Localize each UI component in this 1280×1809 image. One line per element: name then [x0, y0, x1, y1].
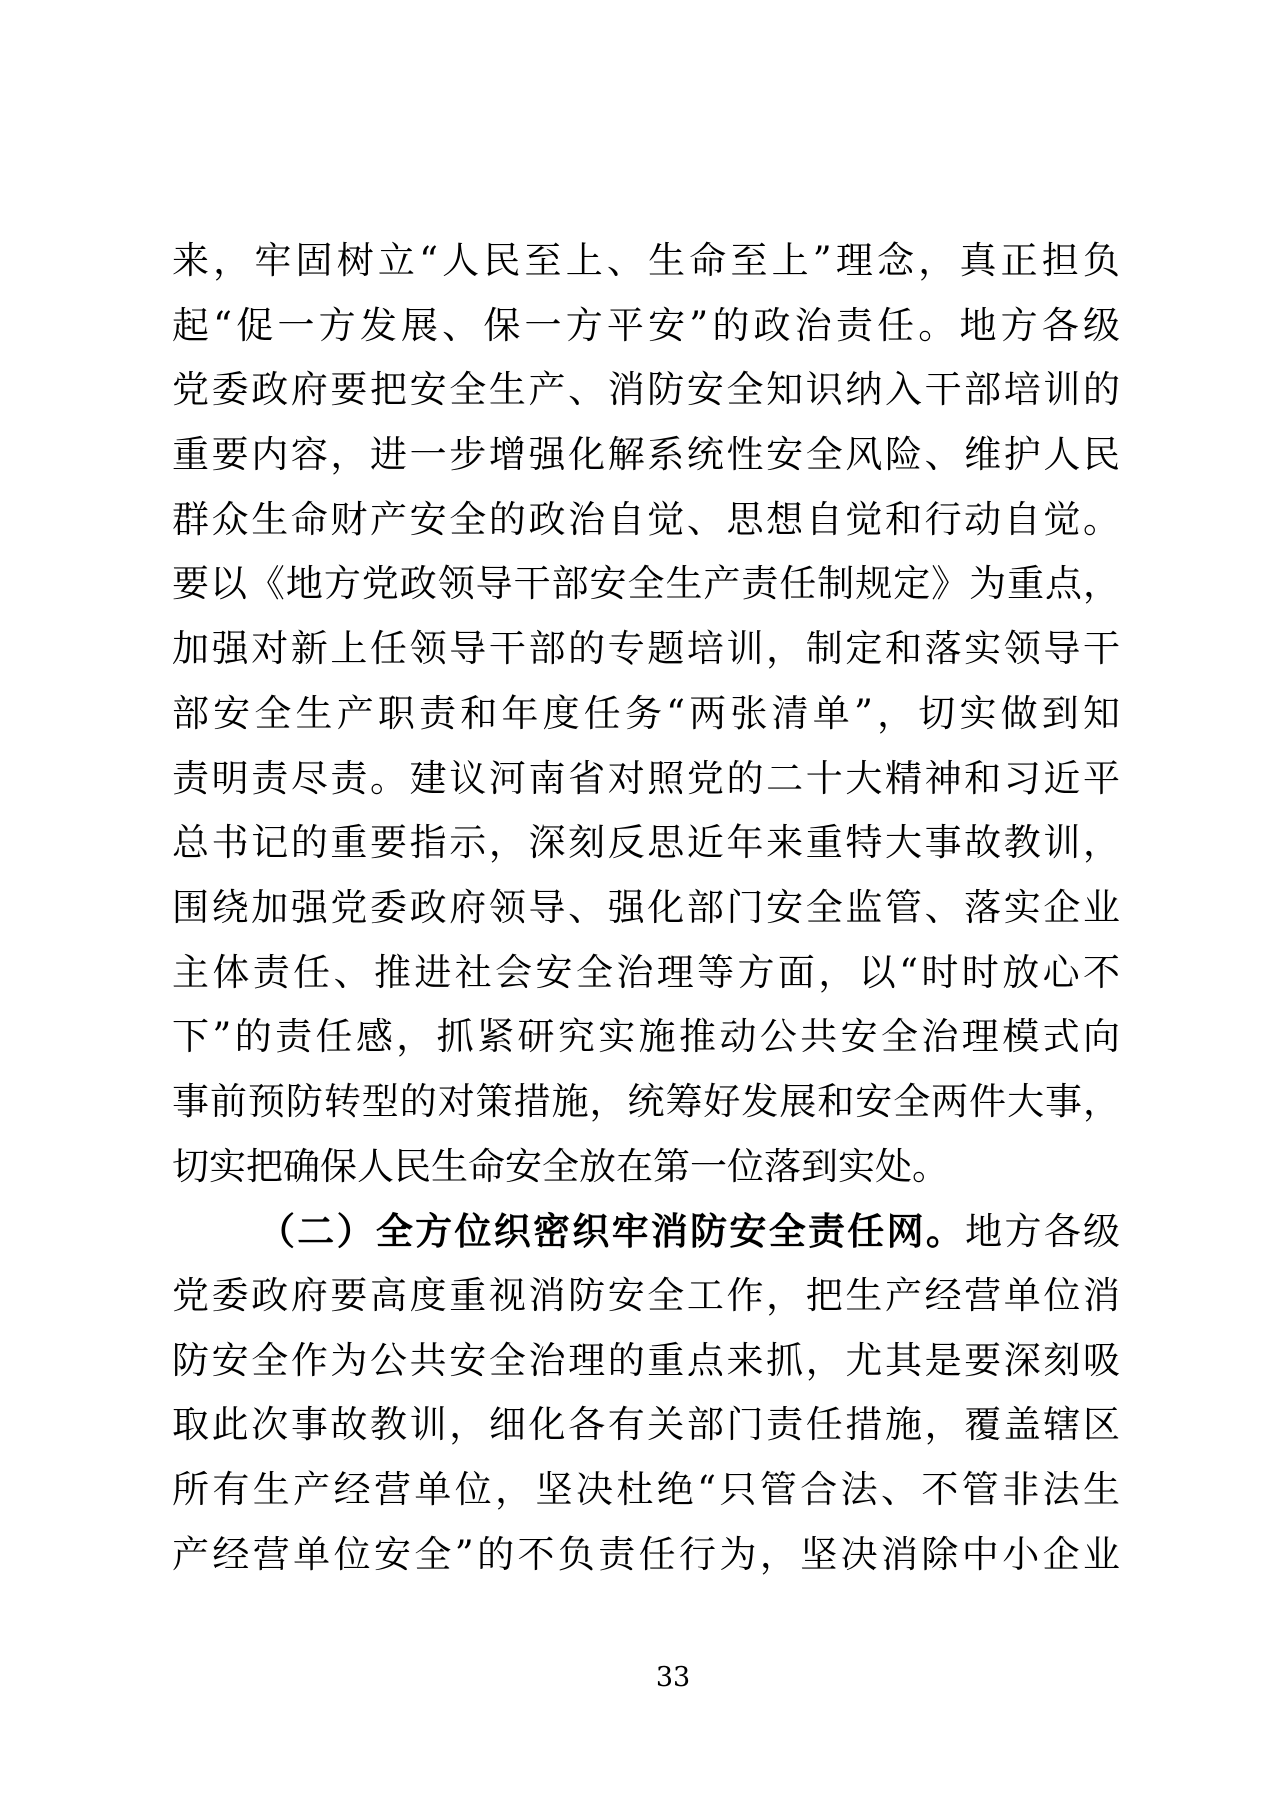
text-segment: 加强对新上任领导干部的专题培训，制定和落实领导干 [172, 627, 1120, 670]
text-segment: 取此次事故教训，细化各有关部门责任措施，覆盖辖区 [172, 1403, 1120, 1446]
document-page: { "page": { "number": "33", "paper_color… [0, 0, 1280, 1809]
text-line: 总书记的重要指示，深刻反思近年来重特大事故教训， [172, 811, 1120, 876]
text-segment: 起“促一方发展、保一方平安”的政治责任。地方各级 [172, 304, 1120, 347]
text-segment: 重要内容，进一步增强化解系统性安全风险、维护人民 [172, 433, 1120, 476]
paragraph-section-2: （二）全方位织密织牢消防安全责任网。地方各级党委政府要高度重视消防安全工作，把生… [172, 1199, 1120, 1587]
text-line: 主体责任、推进社会安全治理等方面，以“时时放心不 [172, 941, 1120, 1006]
text-line: 下”的责任感，抓紧研究实施推动公共安全治理模式向 [172, 1005, 1120, 1070]
text-line: 要以《地方党政领导干部安全生产责任制规定》为重点， [172, 552, 1120, 617]
text-line: 所有生产经营单位，坚决杜绝“只管合法、不管非法生 [172, 1458, 1120, 1523]
text-segment: 事前预防转型的对策措施，统筹好发展和安全两件大事， [172, 1080, 1120, 1123]
text-segment: 群众生命财产安全的政治自觉、思想自觉和行动自觉。 [172, 498, 1120, 541]
text-line: （二）全方位织密织牢消防安全责任网。地方各级 [172, 1199, 1120, 1264]
text-line: 加强对新上任领导干部的专题培训，制定和落实领导干 [172, 617, 1120, 682]
text-line: 群众生命财产安全的政治自觉、思想自觉和行动自觉。 [172, 488, 1120, 553]
text-segment: 党委政府要把安全生产、消防安全知识纳入干部培训的 [172, 368, 1120, 411]
text-line: 防安全作为公共安全治理的重点来抓，尤其是要深刻吸 [172, 1329, 1120, 1394]
text-segment: 地方各级 [965, 1210, 1120, 1253]
text-line: 党委政府要高度重视消防安全工作，把生产经营单位消 [172, 1264, 1120, 1329]
text-line: 事前预防转型的对策措施，统筹好发展和安全两件大事， [172, 1070, 1120, 1135]
text-segment: 主体责任、推进社会安全治理等方面，以“时时放心不 [172, 951, 1120, 994]
text-line: 切实把确保人民生命安全放在第一位落到实处。 [172, 1135, 1120, 1200]
text-line: 重要内容，进一步增强化解系统性安全风险、维护人民 [172, 423, 1120, 488]
text-segment: 总书记的重要指示，深刻反思近年来重特大事故教训， [172, 821, 1120, 864]
text-segment: 来，牢固树立“人民至上、生命至上”理念，真正担负 [172, 239, 1120, 282]
text-segment: 切实把确保人民生命安全放在第一位落到实处。 [172, 1145, 949, 1188]
text-segment: 党委政府要高度重视消防安全工作，把生产经营单位消 [172, 1274, 1120, 1317]
text-line: 责明责尽责。建议河南省对照党的二十大精神和习近平 [172, 747, 1120, 812]
text-line: 来，牢固树立“人民至上、生命至上”理念，真正担负 [172, 229, 1120, 294]
text-segment: 围绕加强党委政府领导、强化部门安全监管、落实企业 [172, 886, 1120, 929]
text-line: 部安全生产职责和年度任务“两张清单”，切实做到知 [172, 682, 1120, 747]
text-line: 党委政府要把安全生产、消防安全知识纳入干部培训的 [172, 358, 1120, 423]
text-line: 取此次事故教训，细化各有关部门责任措施，覆盖辖区 [172, 1393, 1120, 1458]
text-line: 产经营单位安全”的不负责任行为，坚决消除中小企业 [172, 1523, 1120, 1588]
document-body: 来，牢固树立“人民至上、生命至上”理念，真正担负起“促一方发展、保一方平安”的政… [172, 229, 1120, 1587]
text-line: 围绕加强党委政府领导、强化部门安全监管、落实企业 [172, 876, 1120, 941]
text-segment: 要以《地方党政领导干部安全生产责任制规定》为重点， [172, 562, 1120, 605]
section-heading: （二）全方位织密织牢消防安全责任网。 [258, 1209, 965, 1253]
text-segment: 所有生产经营单位，坚决杜绝“只管合法、不管非法生 [172, 1468, 1120, 1511]
text-segment: 责明责尽责。建议河南省对照党的二十大精神和习近平 [172, 757, 1120, 800]
text-line: 起“促一方发展、保一方平安”的政治责任。地方各级 [172, 294, 1120, 359]
paragraph-continuation: 来，牢固树立“人民至上、生命至上”理念，真正担负起“促一方发展、保一方平安”的政… [172, 229, 1120, 1199]
text-segment: 防安全作为公共安全治理的重点来抓，尤其是要深刻吸 [172, 1339, 1120, 1382]
text-segment: 产经营单位安全”的不负责任行为，坚决消除中小企业 [172, 1533, 1120, 1576]
text-segment: 部安全生产职责和年度任务“两张清单”，切实做到知 [172, 692, 1120, 735]
page-number: 33 [66, 1662, 1280, 1694]
text-segment: 下”的责任感，抓紧研究实施推动公共安全治理模式向 [172, 1015, 1120, 1058]
